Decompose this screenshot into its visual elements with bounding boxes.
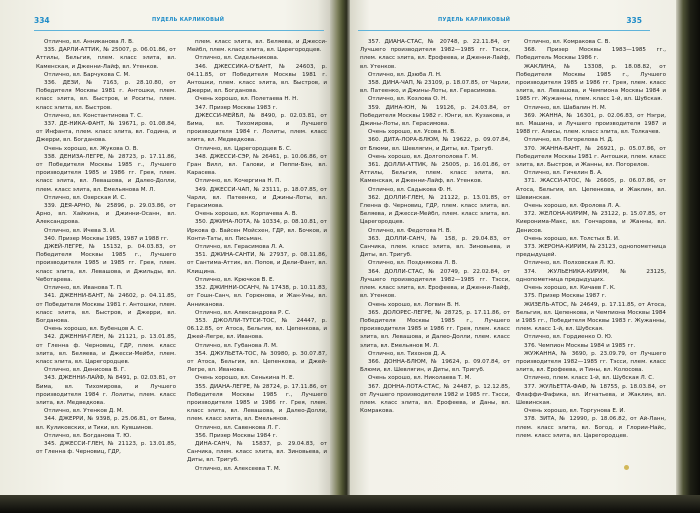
left-page-header: 334 ПУДЕЛЬ КАРЛИКОВЫЙ — [34, 16, 324, 31]
entry-paragraph: 370. ЖАННА-БАНТ, № 26921, р. 05.07.86, о… — [516, 145, 666, 170]
right-page-header: ПУДЕЛЬ КАРЛИКОВЫЙ 335 — [358, 16, 650, 31]
entry-paragraph: 374. ЖУЛЬЕНИКА-КИРИМ, № 23125, однопомет… — [516, 268, 666, 284]
entry-paragraph: ЖИЗЕЛЬ-АТОС, № 24649, р. 17.11.85, от Ат… — [516, 301, 666, 334]
entry-paragraph: 336. ДЕЗИ, № 7163, р. 28.10.80, от Побед… — [36, 79, 176, 112]
entry-paragraph: Отлично, вл. Царегородцев Б. С. — [187, 145, 327, 153]
entry-paragraph: Отлично, вл. Барчукова С. М. — [36, 71, 176, 79]
entry-paragraph: 353. ДЖОЛЛИ-ТУТСИ-ТОС, № 24447, р. 06.12… — [187, 317, 327, 342]
entry-paragraph: 366. ДОННА-БЛЮМ, № 19624, р. 09.07.84, о… — [360, 358, 510, 374]
entry-paragraph: Очень хорошо, вл. Жукова О. В. — [36, 145, 176, 153]
entry-paragraph: Отлично, вл. Позднякова Л. В. — [360, 259, 510, 267]
entry-paragraph: 349. ДЖЕССИ-ЧАП, № 23111, р. 18.07.85, о… — [187, 186, 327, 211]
entry-paragraph: Отлично, вл. Алексеева Т. М. — [187, 465, 327, 473]
entry-paragraph: 377. ЖУЛЬЕТТА-ФАФ, № 18755, р. 18.03.84,… — [516, 383, 666, 408]
entry-paragraph: Отлично, вл. Денисова В. Г. — [36, 366, 176, 374]
page-edge — [676, 0, 700, 513]
entry-paragraph: 364. ДОЛЛИ-СТАС, № 20749, р. 22.02.84, о… — [360, 268, 510, 301]
entry-paragraph: Отлично, вл. Александрова Р. С. — [187, 309, 327, 317]
entry-paragraph: 373. ЖЕРОНА-КИРИМ, № 23123, однопометниц… — [516, 243, 666, 259]
entry-paragraph: Очень хорошо, вл. Николаева Т. М. — [360, 374, 510, 382]
entry-paragraph: Отлично, вл. Богданова Т. Ю. — [36, 432, 176, 440]
entry-paragraph: 339. ДЕЯ-АРНО, № 25896, р. 29.03.86, от … — [36, 202, 176, 227]
entry-paragraph: 345. ДЖЕССИ-ГЛЕН, № 21123, р. 13.01.85, … — [36, 440, 176, 456]
entry-paragraph: 341. ДЖЕННИ-БАНТ, № 24602, р. 04.11.85, … — [36, 292, 176, 325]
entry-paragraph: 357. ДИАНА-СТАС, № 20748, р. 22.11.84, о… — [360, 38, 510, 71]
entry-paragraph: 360. ДИТА-ЛОРА-БЛЮМ, № 19622, р. 09.07.8… — [360, 136, 510, 152]
entry-paragraph: Отлично, вл. Константинова Т. С. — [36, 112, 176, 120]
entry-paragraph: Отлично, вл. Дзюба Л. Н. — [360, 71, 510, 79]
entry-paragraph: 337. ДЕ-НИКА-ФАНТ, № 19671, р. 01.08.84,… — [36, 120, 176, 145]
entry-paragraph: Отлично, вл. Погорелова Н. Д. — [516, 136, 666, 144]
entry-paragraph: 350. ДЖИНА-ЛОТА, № 10334, р. 08.10.81, о… — [187, 218, 327, 243]
entry-paragraph: 356. Призер Москвы 1984 г. — [187, 432, 327, 440]
entry-paragraph: Отлично, вл. Садыкова Ф. Н. — [360, 186, 510, 194]
page-number: 335 — [626, 16, 642, 25]
entry-paragraph: Отлично, вл. Федотова Н. В. — [360, 227, 510, 235]
entry-paragraph: Отлично, вл. Утенков Д. М. — [36, 407, 176, 415]
entry-paragraph: 367. ДОННА-ЛОТА-СТАС, № 24487, р. 12.12.… — [360, 383, 510, 416]
entry-paragraph: ЖУЖАННА, № 3690, р. 23.09.79, от Лучшего… — [516, 350, 666, 375]
bottom-shadow — [0, 495, 700, 513]
entry-paragraph: Очень хорошо, вл. Усова Н. В. — [360, 128, 510, 136]
entry-paragraph: 335. ДАРЛИ-АТТИК, № 25007, р. 06.01.86, … — [36, 46, 176, 71]
entry-paragraph: 340. Призер Москвы 1985, 1987 и 1988 гг. — [36, 235, 176, 243]
entry-paragraph: Очень хорошо, вл. Бубенцов А. С. — [36, 325, 176, 333]
entry-paragraph: Очень хорошо, вл. Кичаев Г. К. — [516, 284, 666, 292]
entry-paragraph: 346. ДЖЕССИКА-О'БАНТ, № 24603, р. 04.11.… — [187, 63, 327, 96]
entry-paragraph: Отлично, вл. Сидельникова. — [187, 54, 327, 62]
entry-paragraph: 361. ДОЛЛИ-АТТИК, № 25005, р. 16.01.86, … — [360, 161, 510, 186]
entry-paragraph: 352. ДЖИННИ-ОСАНЧ, № 17438, р. 10.11.83,… — [187, 284, 327, 309]
entry-paragraph: Отлично, плем. класс 1-й, вл. Шубская Л.… — [516, 374, 666, 382]
left-column-2: плем. класс элита, вл. Беляева, и Джесси… — [187, 38, 327, 473]
entry-paragraph: плем. класс элита, вл. Беляева, и Джесси… — [187, 38, 327, 54]
entry-paragraph: 355. ДИАНА-ЛЕГРЕ, № 28724, р. 17.11.86, … — [187, 383, 327, 424]
entry-paragraph: Очень хорошо, вл. Толстых В. И. — [516, 235, 666, 243]
entry-paragraph: Очень хорошо, вл. Сенькина Н. Е. — [187, 374, 327, 382]
entry-paragraph: 338. ДЕНИЗА-ЛЕГРЕ, № 28723, р. 17.11.86,… — [36, 153, 176, 194]
entry-paragraph: Отлично, вл. Герасимова Л. А. — [187, 243, 327, 251]
entry-paragraph: Очень хорошо, вл. Торгунова Е. И. — [516, 407, 666, 415]
entry-paragraph: 348. ДЖЕССИ-СЭР, № 26461, р. 10.06.86, о… — [187, 153, 327, 178]
entry-paragraph: 354. ДЖУЛЬЕТА-ТОС, № 30980, р. 30.07.87,… — [187, 350, 327, 375]
entry-paragraph: Очень хорошо, вл. Логвин В. Н. — [360, 301, 510, 309]
left-page: 334 ПУДЕЛЬ КАРЛИКОВЫЙ Отлично, вл. Анник… — [0, 0, 334, 497]
entry-paragraph: 359. ДИНА-ЮН, № 19126, р. 24.03.84, от П… — [360, 104, 510, 129]
entry-paragraph: Отлично, вл. Шабалин Н. М. — [516, 104, 666, 112]
left-column-1: Отлично, вл. Анниканова Л. В.335. ДАРЛИ-… — [36, 38, 176, 456]
entry-paragraph: Отлично, вл. Козлова О. Н. — [360, 95, 510, 103]
entry-paragraph: 351. ДЖИНА-САНТИ, № 27937, р. 08.11.86, … — [187, 251, 327, 276]
entry-paragraph: 342. ДЖЕННИ-ГЛЕН, № 21121, р. 13.01.85, … — [36, 333, 176, 366]
page-number: 334 — [34, 16, 50, 25]
entry-paragraph: 365. ДОЛОРЕС-ЛЕГРЕ, № 28725, р. 17.11.86… — [360, 309, 510, 350]
entry-paragraph: ДЖЕЙ-ЛЕГРЕ, № 15132, р. 04.03.83, от Поб… — [36, 243, 176, 284]
entry-paragraph: 375. Призер Москвы 1987 г. — [516, 292, 666, 300]
entry-paragraph: 378. ЗИТА, № 12990, р. 18.06.82, от Ай-Л… — [516, 415, 666, 440]
entry-paragraph: 347. Призер Москвы 1983 г. — [187, 104, 327, 112]
running-head: ПУДЕЛЬ КАРЛИКОВЫЙ — [438, 17, 510, 23]
right-column-1: 357. ДИАНА-СТАС, № 20748, р. 22.11.84, о… — [360, 38, 510, 415]
entry-paragraph: Отлично, вл. Крючков В. Е. — [187, 276, 327, 284]
entry-paragraph: Очень хорошо, вл. Полетаева Н. Н. — [187, 95, 327, 103]
entry-paragraph: Отлично, вл. Губанова Л. М. — [187, 342, 327, 350]
running-head: ПУДЕЛЬ КАРЛИКОВЫЙ — [152, 17, 224, 23]
entry-paragraph: ДИНА-САНЧ, № 15837, р. 29.04.83, от Санч… — [187, 440, 327, 465]
entry-paragraph: 363. ДОЛЛИ-САНЧ, № 158, р. 29.04.83, от … — [360, 235, 510, 260]
open-book: 334 ПУДЕЛЬ КАРЛИКОВЫЙ Отлично, вл. Анник… — [0, 0, 700, 513]
entry-paragraph: Отлично, вл. Кочергина Н. П. — [187, 177, 327, 185]
entry-paragraph: 371. ЖАССИ-АТОС, № 26605, р. 06.07.86, о… — [516, 177, 666, 202]
entry-paragraph: Отлично, вл. Тихонов Д. А. — [360, 350, 510, 358]
entry-paragraph: Очень хорошо, вл. Долгополова Г. М. — [360, 153, 510, 161]
entry-paragraph: Отлично, вл. Савенкова Л. Г. — [187, 424, 327, 432]
entry-paragraph: Очень хорошо, вл. Фролова Л. А. — [516, 202, 666, 210]
entry-paragraph: ЖАКЛИНА, № 13308, р. 18.08.82, от Победи… — [516, 63, 666, 104]
entry-paragraph: 358. ДИНА-ЧАП, № 23109, р. 18.07.85, от … — [360, 79, 510, 95]
entry-paragraph: Отлично, вл. Комракова С. В. — [516, 38, 666, 46]
entry-paragraph: Отлично, вл. Анниканова Л. В. — [36, 38, 176, 46]
paper-stain — [624, 465, 629, 470]
entry-paragraph: Отлично, вл. Иванова Т. П. — [36, 284, 176, 292]
entry-paragraph: 368. Призер Москвы 1983—1985 гг., Победи… — [516, 46, 666, 62]
entry-paragraph: 344. ДЖЕРРИ, № 9398, р. 25.06.81, от Бим… — [36, 415, 176, 431]
book-spine — [330, 0, 352, 505]
entry-paragraph: Очень хорошо, вл. Корпачева А. В. — [187, 210, 327, 218]
entry-paragraph: Отлично, вл. Полховская Л. Ю. — [516, 259, 666, 267]
entry-paragraph: Отлично, вл. Озерская И. С. — [36, 194, 176, 202]
right-column-2: Отлично, вл. Комракова С. В.368. Призер … — [516, 38, 666, 440]
right-page: ПУДЕЛЬ КАРЛИКОВЫЙ 335 357. ДИАНА-СТАС, №… — [350, 0, 676, 497]
entry-paragraph: 362. ДОЛЛИ-ГЛЕН, № 21122, р. 13.01.85, о… — [360, 194, 510, 227]
entry-paragraph: 376. Чемпион Москвы 1984 и 1985 гг. — [516, 342, 666, 350]
entry-paragraph: Отлично, вл. Гордиенко О. Ю. — [516, 333, 666, 341]
entry-paragraph: Отлично, вл. Ичева З. И. — [36, 227, 176, 235]
entry-paragraph: Отлично, вл. Гичелин В. А. — [516, 169, 666, 177]
entry-paragraph: 372. ЖЕЛОНА-КИРИМ, № 23122, р. 15.07.85,… — [516, 210, 666, 235]
entry-paragraph: 369. ЖАННА, № 16301, р. 02.06.83, от Нэг… — [516, 112, 666, 137]
entry-paragraph: ДЖЕССИ-МЕЙБЛ, № 8490, р. 02.03.81, от Би… — [187, 112, 327, 145]
entry-paragraph: 343. ДЖЕННИ-ЛАЙФ, № 8491, р. 02.03.81, о… — [36, 374, 176, 407]
